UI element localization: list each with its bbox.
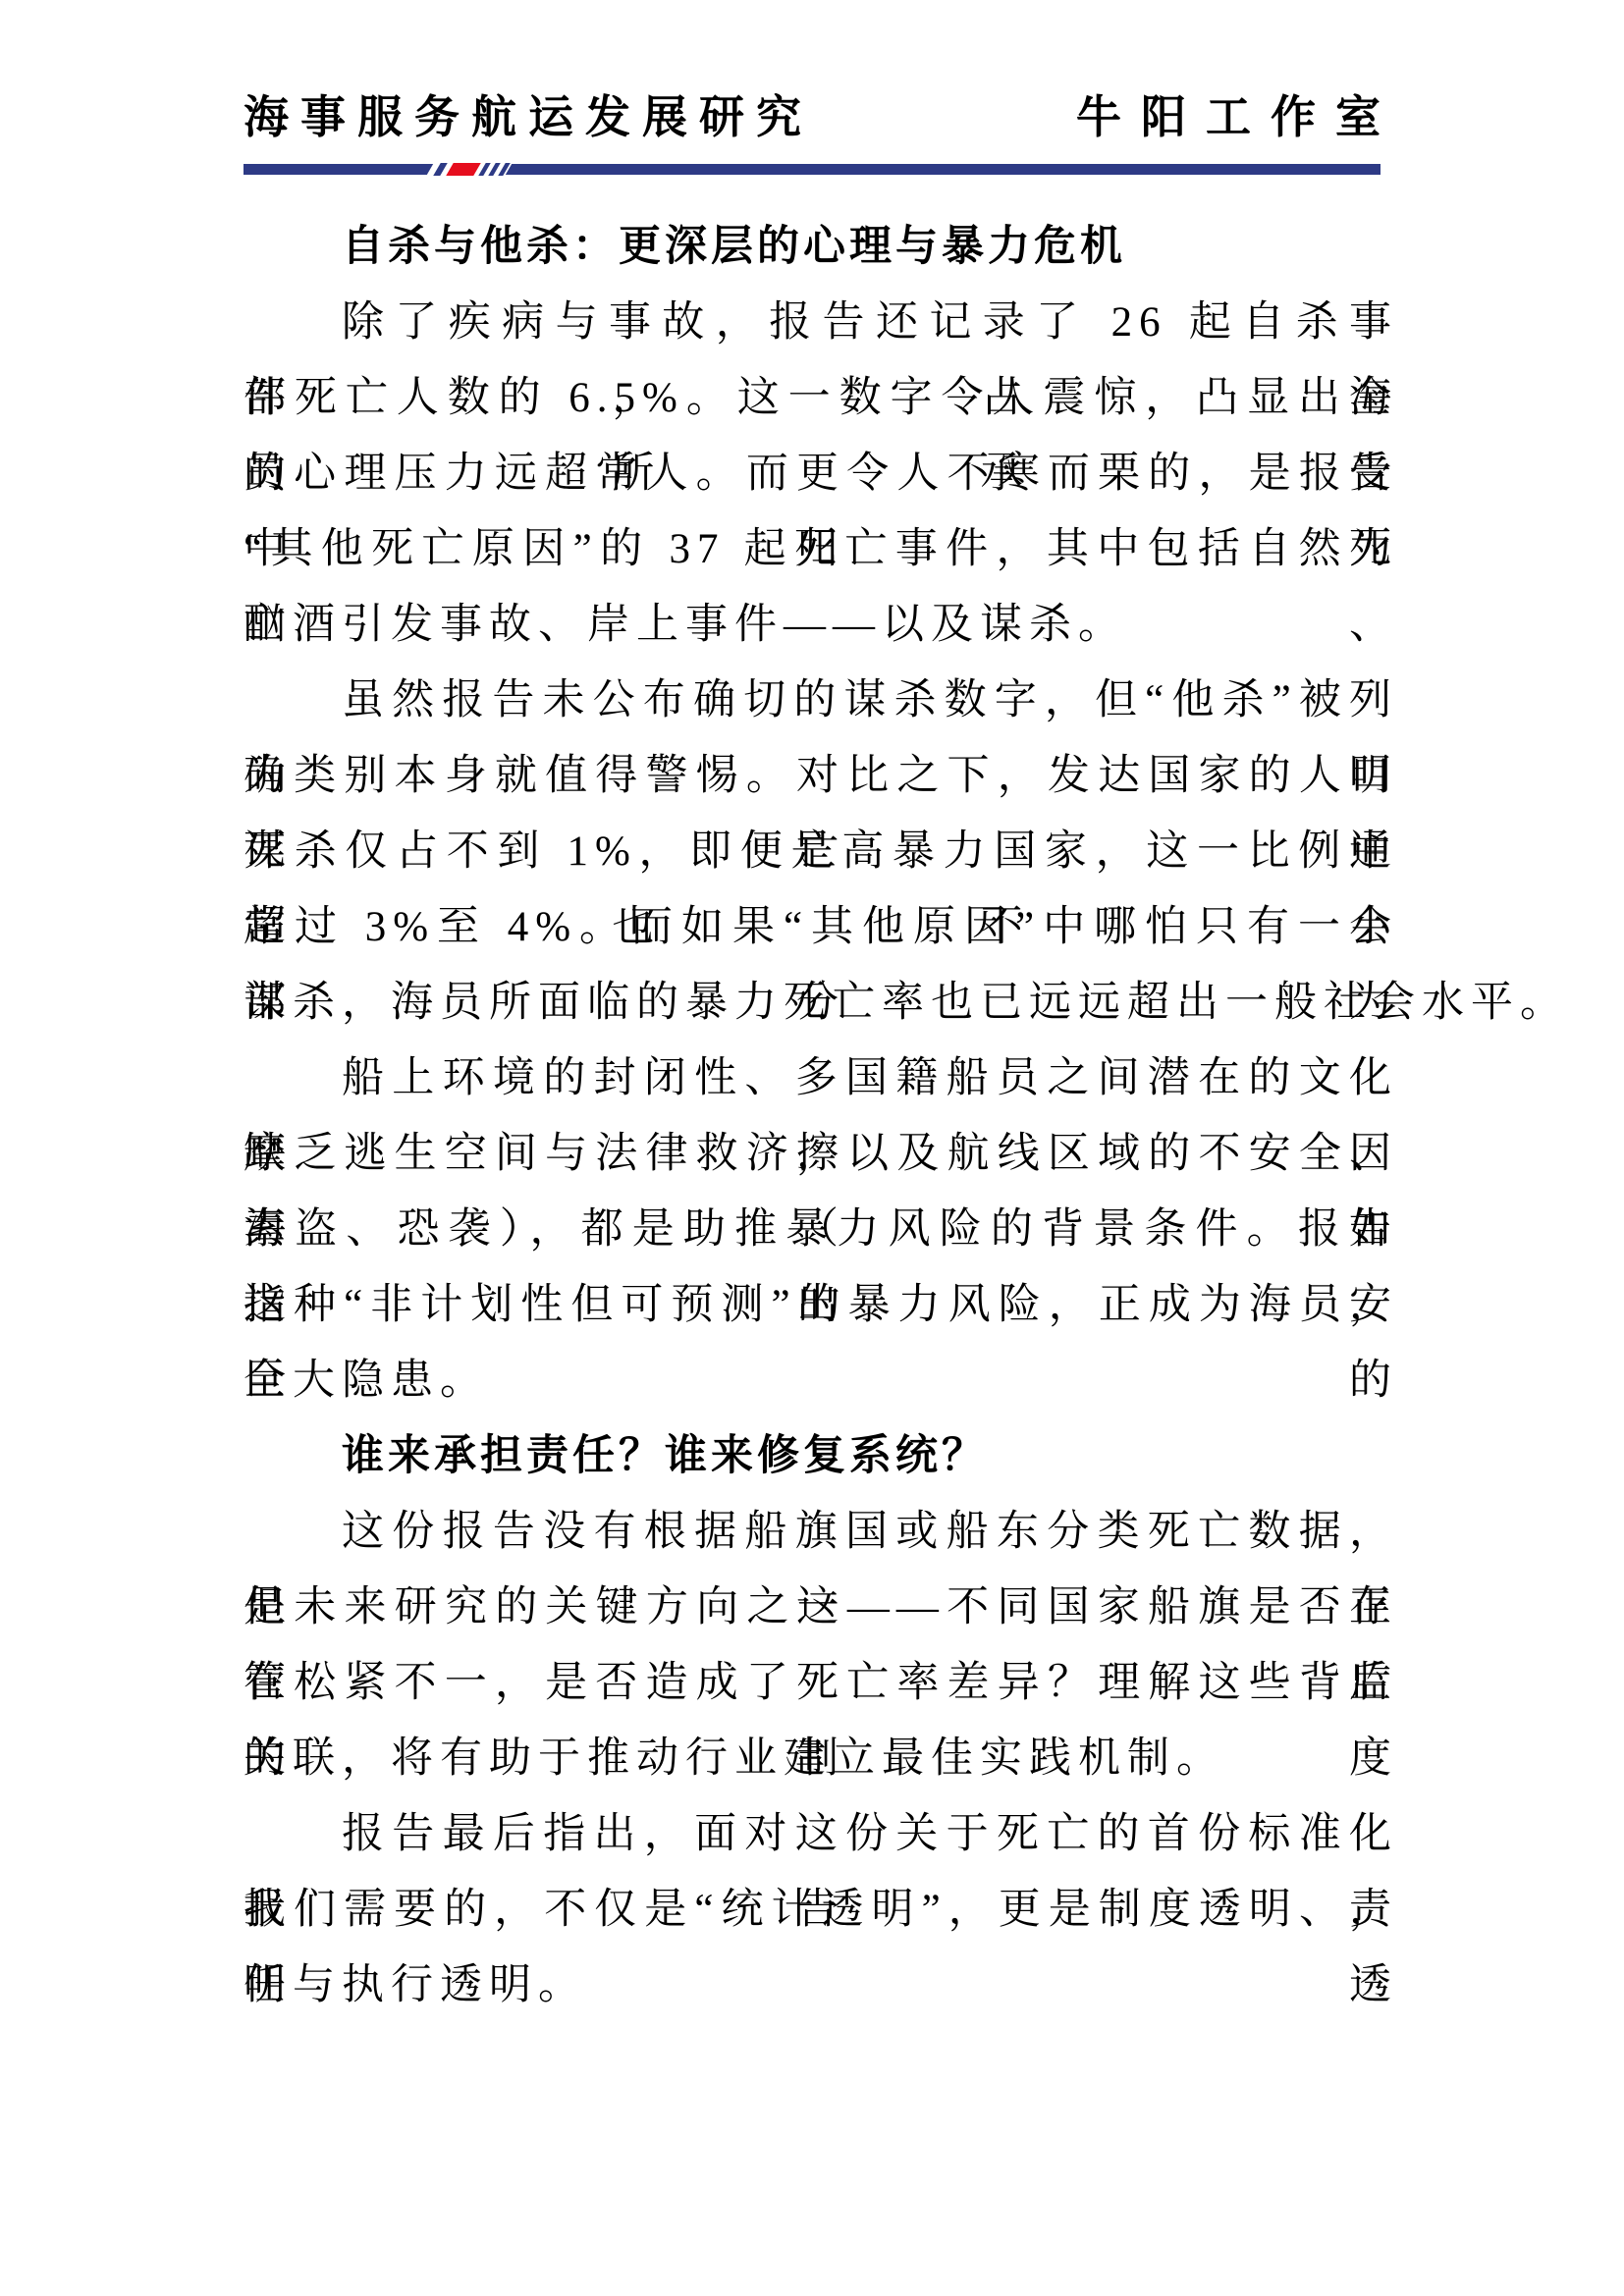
divider-slash-decoration <box>426 163 513 176</box>
text-line: 谋杀仅占不到 1%，即便是高暴力国家，这一比例通常也不会 <box>244 814 1398 889</box>
letterhead-right-title: 牛阳工作室 <box>1076 86 1400 147</box>
text-line: 是未来研究的关键方向之一——不同国家船旗是否存在监 <box>244 1570 1398 1645</box>
text-line: 这种“非计划性但可预测”的暴力风险，正成为海员安全的 <box>244 1267 1398 1343</box>
text-line: 超过 3%至 4%。而如果“其他原因”中哪怕只有一小部分为 <box>244 889 1398 965</box>
text-line: 关联，将有助于推动行业建立最佳实践机制。 <box>244 1721 1398 1796</box>
article-body: 自杀与他杀：更深层的心理与暴力危机 除了疾病与事故，报告还记录了 26 起自杀事… <box>244 209 1398 2023</box>
text-line: 管松紧不一，是否造成了死亡率差异？理解这些背后的制度 <box>244 1645 1398 1721</box>
text-line: “其他死亡原因”的 37 起死亡事件，其中包括自然死亡、 <box>244 511 1398 587</box>
text-line: 除了疾病与事故，报告还记录了 26 起自杀事件，占全 <box>244 285 1398 360</box>
text-line: 报告最后指出，面对这份关于死亡的首份标准化报告， <box>244 1796 1398 1872</box>
divider-navy-stripe <box>433 163 448 176</box>
text-line: 缺乏逃生空间与法律救济，以及航线区域的不安全因素（如 <box>244 1116 1398 1192</box>
text-line: 虽然报告未公布确切的谋杀数字，但“他杀”被列为明 <box>244 663 1398 738</box>
letterhead-left-title: 海事服务航运发展研究 <box>244 86 813 147</box>
text-line: 海盗、恐袭），都是助推暴力风险的背景条件。报告指出， <box>244 1192 1398 1267</box>
divider-navy-stripe <box>498 163 511 176</box>
letterhead: 海事服务航运发展研究 牛阳工作室 <box>244 86 1380 147</box>
text-line: 我们需要的，不仅是“统计透明”，更是制度透明、责任透 <box>244 1872 1398 1948</box>
text-line: 的心理压力远超常人。而更令人不寒而栗的，是报告中归为 <box>244 436 1398 511</box>
text-line: 谁来承担责任？谁来修复系统？ <box>244 1418 1398 1494</box>
divider-red-accent <box>446 163 481 176</box>
divider-bar <box>244 164 1380 175</box>
text-line: 谋杀，海员所面临的暴力死亡率也已远远超出一般社会水平。 <box>244 965 1398 1041</box>
text-line: 自杀与他杀：更深层的心理与暴力危机 <box>244 209 1398 285</box>
text-line: 船上环境的封闭性、多国籍船员之间潜在的文化摩擦、 <box>244 1041 1398 1116</box>
text-line: 确类别本身就值得警惕。对比之下，发达国家的人口死亡中 <box>244 738 1398 814</box>
text-line: 部死亡人数的 6.5%。这一数字令人震惊，凸显出海员所承受 <box>244 360 1398 436</box>
text-line: 这份报告没有根据船旗国或船东分类死亡数据，但这正 <box>244 1494 1398 1570</box>
document-page: 海事服务航运发展研究 牛阳工作室 自杀与他杀：更深层的心理与暴力危机 除了疾病与… <box>0 0 1624 2296</box>
